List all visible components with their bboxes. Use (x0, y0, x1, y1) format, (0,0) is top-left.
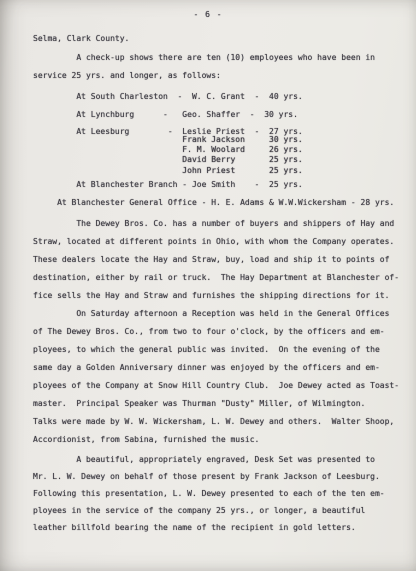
text-line: A check-up shows there are ten (10) empl… (33, 49, 402, 67)
intro-paragraph: A check-up shows there are ten (10) empl… (33, 49, 402, 85)
service-roster-main: At South Charleston - W. C. Grant - 40 y… (33, 88, 402, 141)
service-roster-leesburg-names: Frank Jackson 30 yrs. F. M. Woolard 26 y… (33, 135, 402, 177)
paragraph-dewey-bros: The Dewey Bros. Co. has a number of buye… (33, 215, 402, 305)
text-line: ployees of the Company at Snow Hill Coun… (33, 377, 402, 395)
text-line: Talks were made by W. W. Wickersham, L. … (33, 413, 402, 431)
text-line: At South Charleston - W. C. Grant - 40 y… (33, 88, 402, 106)
document-page: - 6 - Selma, Clark County. A check-up sh… (0, 0, 416, 571)
text-line: Accordionist, from Sabina, furnished the… (33, 431, 402, 449)
paragraph-reception: On Saturday afternoon a Reception was he… (33, 305, 402, 449)
paragraph-presentation: A beautiful, appropriately engraved, Des… (33, 451, 402, 536)
text-line: David Berry 25 yrs. (33, 155, 402, 165)
text-line: Mr. L. W. Dewey on behalf of those prese… (33, 468, 402, 485)
text-line: At Blanchester Branch - Joe Smith - 25 y… (33, 176, 402, 194)
text-line: service 25 yrs. and longer, as follows: (33, 67, 402, 85)
text-line: At Blanchester General Office - H. E. Ad… (33, 194, 402, 212)
text-line: On Saturday afternoon a Reception was he… (33, 305, 402, 323)
page-number: - 6 - (0, 9, 416, 21)
text-line: Frank Jackson 30 yrs. (33, 135, 402, 145)
location-heading: Selma, Clark County. (33, 33, 416, 45)
text-line: ployees, to which the general public was… (33, 341, 402, 359)
text-line: Following this presentation, L. W. Dewey… (33, 485, 402, 502)
text-line: ployees in the service of the company 25… (33, 502, 402, 519)
text-line: The Dewey Bros. Co. has a number of buye… (33, 215, 402, 233)
text-line: John Priest 25 yrs. (33, 166, 402, 176)
text-line: These dealers locate the Hay and Straw, … (33, 251, 402, 269)
text-line: of The Dewey Bros. Co., from two to four… (33, 323, 402, 341)
text-line: A beautiful, appropriately engraved, Des… (33, 451, 402, 468)
text-line: leather billfold bearing the name of the… (33, 519, 402, 536)
text-line: destination, either by rail or truck. Th… (33, 269, 402, 287)
service-roster-blanchester: At Blanchester Branch - Joe Smith - 25 y… (33, 176, 402, 212)
text-line: same day a Golden Anniversary dinner was… (33, 359, 402, 377)
text-line: master. Principal Speaker was Thurman "D… (33, 395, 402, 413)
text-line: F. M. Woolard 26 yrs. (33, 145, 402, 155)
text-line: Straw, located at different points in Oh… (33, 233, 402, 251)
text-line: fice sells the Hay and Straw and furnish… (33, 287, 402, 305)
text-line: At Lynchburg - Geo. Shaffer - 30 yrs. (33, 106, 402, 124)
